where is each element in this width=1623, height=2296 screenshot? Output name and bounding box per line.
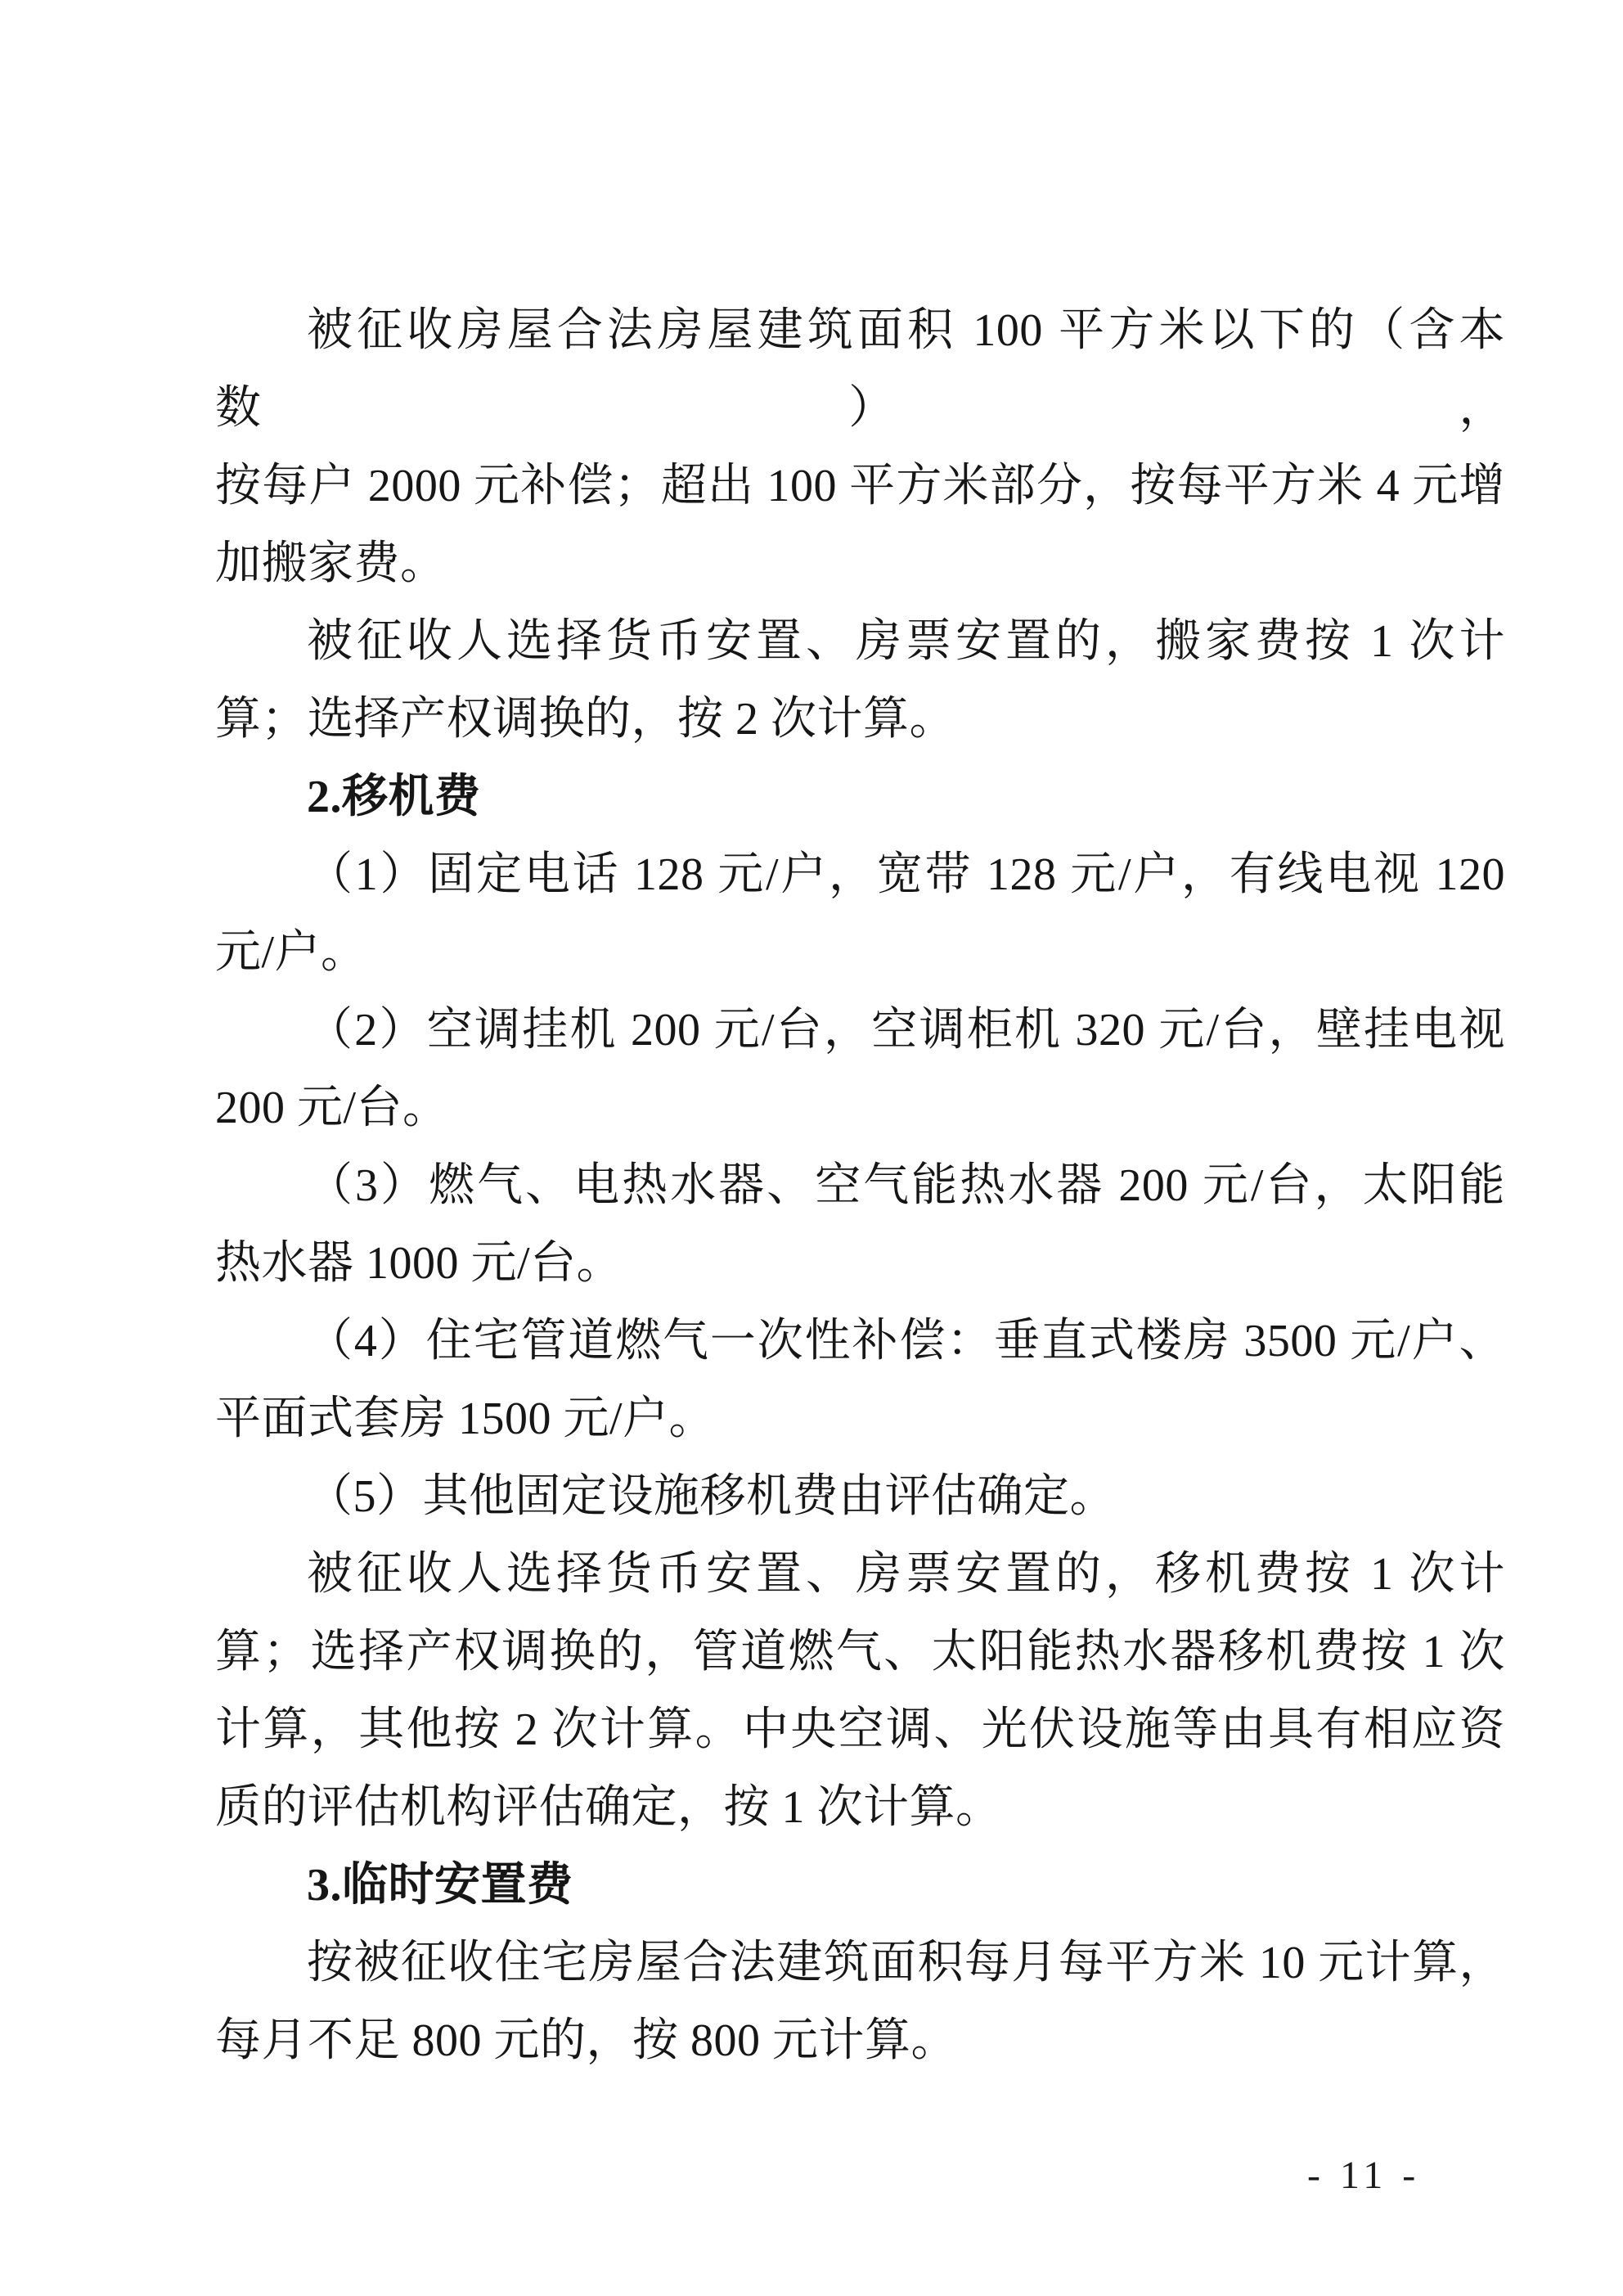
text-line: 每月不足 800 元的，按 800 元计算。 [215,2002,1505,2080]
text-line: 算；选择产权调换的，管道燃气、太阳能热水器移机费按 1 次 [215,1614,1505,1691]
text-line: 被征收人选择货币安置、房票安置的，搬家费按 1 次计 [215,603,1505,681]
text-line: 计算，其他按 2 次计算。中央空调、光伏设施等由具有相应资 [215,1691,1505,1769]
text-line: （1）固定电话 128 元/户，宽带 128 元/户，有线电视 120 [215,836,1505,914]
document-page: 被征收房屋合法房屋建筑面积 100 平方米以下的（含本数）， 按每户 2000 … [0,0,1623,2296]
text-line: 按被征收住宅房屋合法建筑面积每月每平方米 10 元计算， [215,1925,1505,2002]
section-heading-3-temporary-resettlement-fee: 3.临时安置费 [215,1847,1505,1925]
text-line: 按每户 2000 元补偿；超出 100 平方米部分，按每平方米 4 元增 [215,448,1505,525]
text-line: 被征收人选择货币安置、房票安置的，移机费按 1 次计 [215,1536,1505,1614]
text-line: 热水器 1000 元/台。 [215,1225,1505,1303]
page-number: - 11 - [1307,2153,1420,2199]
text-line: （2）空调挂机 200 元/台，空调柜机 320 元/台，壁挂电视 [215,992,1505,1069]
text-line: 加搬家费。 [215,525,1505,603]
text-line: 200 元/台。 [215,1069,1505,1147]
section-heading-2-relocation-fee: 2.移机费 [215,759,1505,836]
text-line: （5）其他固定设施移机费由评估确定。 [215,1458,1505,1536]
text-line: 被征收房屋合法房屋建筑面积 100 平方米以下的（含本数）， [215,292,1505,448]
text-line: 算；选择产权调换的，按 2 次计算。 [215,681,1505,759]
text-line: 质的评估机构评估确定，按 1 次计算。 [215,1769,1505,1847]
text-line: 元/户。 [215,914,1505,992]
text-line: 平面式套房 1500 元/户。 [215,1380,1505,1458]
document-body: 被征收房屋合法房屋建筑面积 100 平方米以下的（含本数）， 按每户 2000 … [215,292,1505,2080]
text-line: （3）燃气、电热水器、空气能热水器 200 元/台，太阳能 [215,1147,1505,1225]
text-line: （4）住宅管道燃气一次性补偿：垂直式楼房 3500 元/户、 [215,1303,1505,1380]
